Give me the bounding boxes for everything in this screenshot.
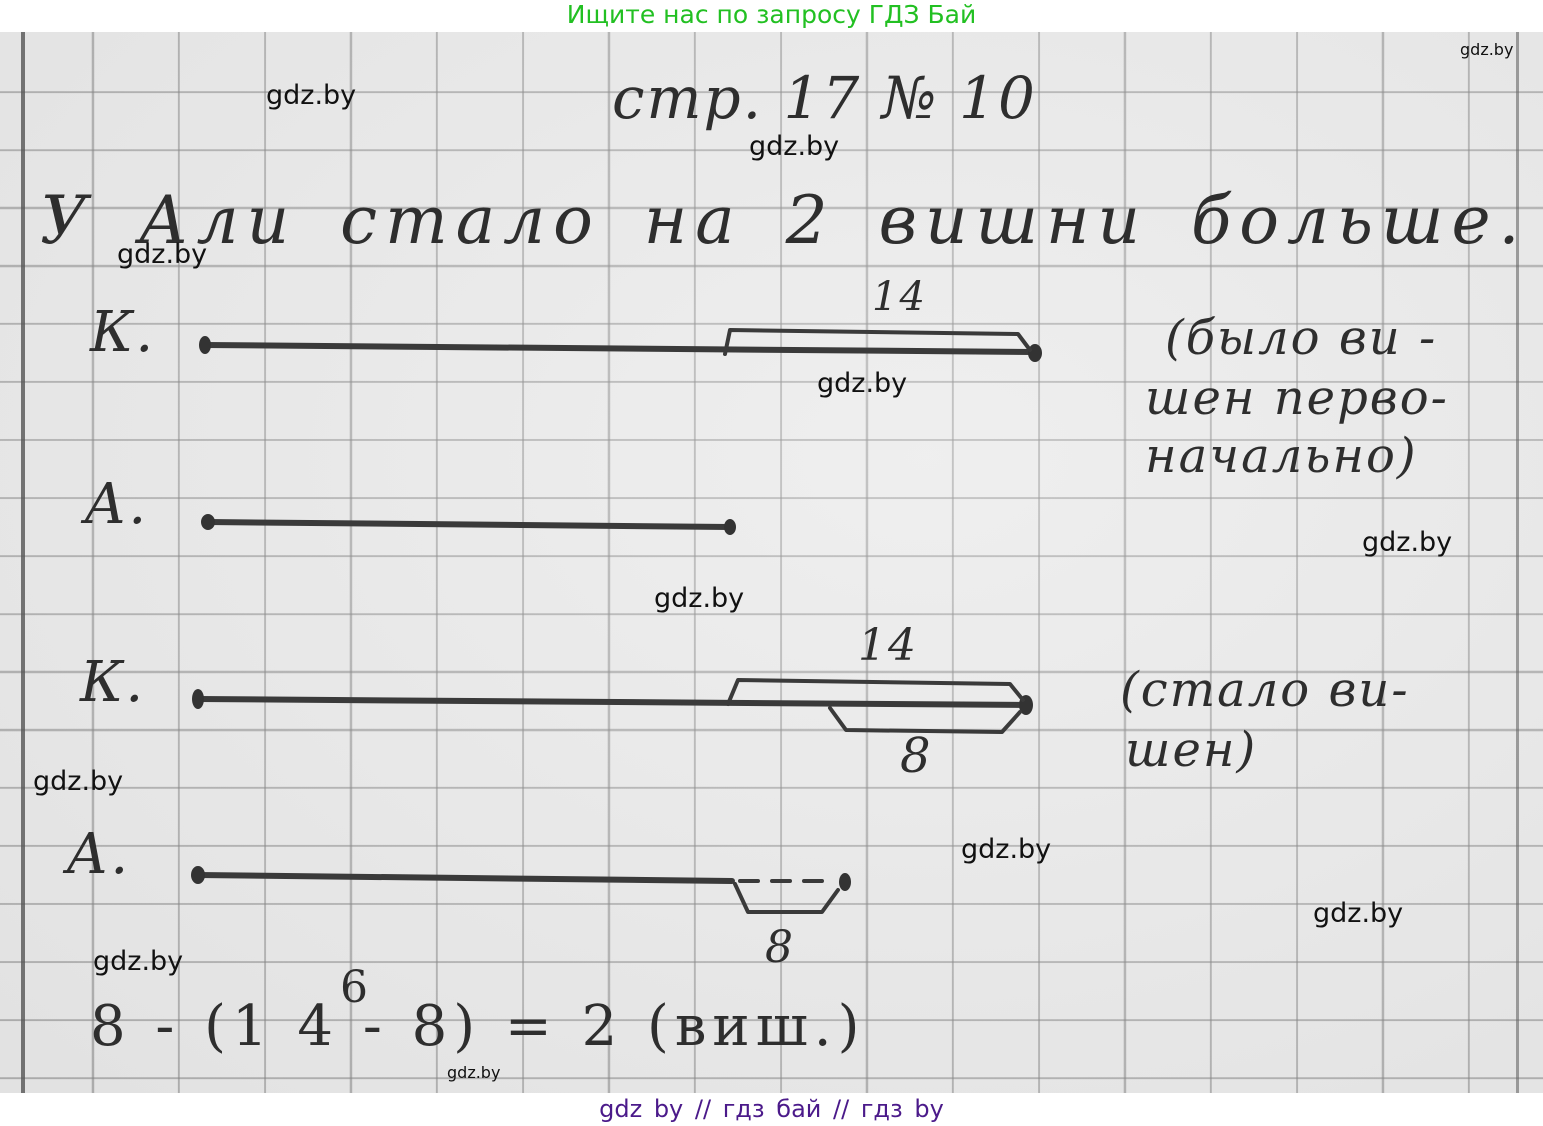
diagram2-lower-bracket-label: 8 xyxy=(900,728,933,784)
watermark: gdz.by xyxy=(33,766,123,797)
diagram2-a-bracket-label: 8 xyxy=(765,922,795,973)
top-banner: Ищите нас по запросу ГДЗ Бай xyxy=(0,0,1543,32)
watermark: gdz.by xyxy=(1460,40,1513,59)
watermark: gdz.by xyxy=(817,368,907,399)
diagram1-k-segment xyxy=(199,330,1042,362)
watermark: gdz.by xyxy=(117,239,207,270)
watermark: gdz.by xyxy=(447,1063,500,1082)
diagram1-a-segment xyxy=(201,514,736,535)
equation: 8 - (1 4 - 8) = 2 (виш.) xyxy=(90,994,865,1059)
diagram1-note-line-2: шен перво- xyxy=(1145,370,1449,426)
diagram1-note-line-3: начально) xyxy=(1145,428,1418,484)
diagram2-label-k: К. xyxy=(80,650,145,715)
answer-sentence: У Али стало на 2 вишни больше. xyxy=(40,182,1528,259)
watermark: gdz.by xyxy=(749,131,839,162)
diagram2-note-line-1: (стало ви- xyxy=(1120,662,1410,718)
diagram1-label-k: К. xyxy=(90,300,155,365)
watermark: gdz.by xyxy=(1313,898,1403,929)
diagram1-note-line-1: (было ви - xyxy=(1165,310,1437,366)
watermark: gdz.by xyxy=(93,946,183,977)
watermark: gdz.by xyxy=(266,80,356,111)
watermark: gdz.by xyxy=(1362,527,1452,558)
diagram2-k-segment xyxy=(192,680,1033,732)
diagram2-a-segment xyxy=(191,866,851,912)
watermark: gdz.by xyxy=(961,834,1051,865)
diagram1-label-a: А. xyxy=(84,472,148,537)
notebook-page: стр. 17 № 10 У Али стало на 2 вишни боль… xyxy=(0,32,1543,1093)
watermark: gdz.by xyxy=(654,583,744,614)
diagram2-note-line-2: шен) xyxy=(1125,722,1257,778)
diagram2-upper-bracket-label: 14 xyxy=(858,620,918,671)
diagram1-bracket-label: 14 xyxy=(872,274,927,320)
diagram2-label-a: А. xyxy=(66,822,130,887)
exercise-heading: стр. 17 № 10 xyxy=(612,64,1037,132)
bottom-banner: gdz by // гдз бай // гдз by xyxy=(0,1093,1543,1126)
